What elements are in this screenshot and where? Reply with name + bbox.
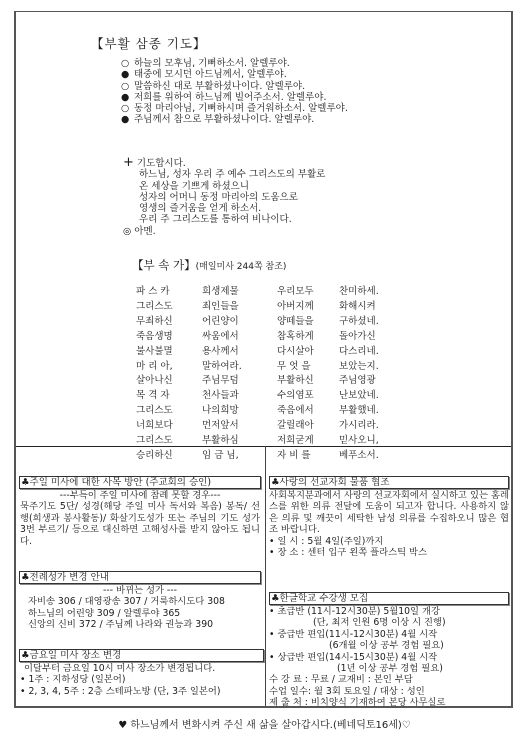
notice-paragraph: 묵주기도 5단/ 성경(해당 주일 미사 독서와 복음) 봉독/ 선행(희생과 … bbox=[20, 501, 260, 547]
amen-line: ◎ 아멘. bbox=[123, 226, 325, 237]
class-note: (단, 최저 인원 6명 이상 시 진행) bbox=[269, 617, 509, 628]
verse-line: ○말씀하신 대로 부활하셨나이다. 알렐루야. bbox=[121, 81, 348, 92]
sequence-row: 죽음생명싸움에서참혹하게돌아가신 bbox=[136, 330, 419, 345]
sequence-title: 【부 속 가】(매일미사 244쪽 참조) bbox=[132, 257, 286, 273]
verse-line: ○하늘의 모후님, 기뻐하소서. 알렐루야. bbox=[121, 58, 348, 69]
prayer-line: 우리 주 그리스도를 통하여 비나이다. bbox=[123, 214, 325, 225]
hymn-line: 하느님의 어린양 309 / 알렐루야 365 bbox=[20, 608, 260, 619]
notice-header-missionaries-of-charity: ♣사랑의 선교자회 물품 협조 bbox=[269, 476, 509, 489]
bulletin-page: 【부활 삼종 기도】 ○하늘의 모후님, 기뻐하소서. 알렐루야. ●태중에 모… bbox=[14, 11, 513, 708]
regina-caeli-verses: ○하늘의 모후님, 기뻐하소서. 알렐루야. ●태중에 모시던 아드님께서, 알… bbox=[121, 58, 348, 126]
notice-item: • 1주 : 지하성당 (일본어) bbox=[20, 674, 260, 685]
prayer-line: 하느님, 성자 우리 주 예수 그리스도의 부활로 bbox=[123, 169, 325, 180]
tuition-line: 수 강 료 : 무료 / 교재비 : 본인 부담 bbox=[269, 674, 509, 685]
notice-body-korean-school: • 초급반 (11시-12시30분) 5월10일 개강 (단, 최저 인원 6명… bbox=[269, 606, 509, 709]
cross-icon: + bbox=[123, 155, 134, 170]
notice-header-hymn-change: ♣전례성가 변경 안내 bbox=[19, 571, 261, 584]
footer-quote: ♥ 하느님께서 변화시켜 주신 새 삶을 살아갑시다.(베네딕토16세)♡ bbox=[0, 716, 529, 731]
sequence-reference-note: (매일미사 244쪽 참조) bbox=[196, 262, 287, 272]
open-circle-icon: ○ bbox=[121, 58, 134, 69]
class-line: • 중급반 편입(11시-12시30분) 4월 시작 bbox=[269, 629, 509, 640]
verse-line: ○동정 마리아님, 기뻐하시며 즐거워하소서. 알렐루야. bbox=[121, 103, 348, 114]
prayer-line: 영생의 즐거움을 얻게 하소서. bbox=[123, 203, 325, 214]
notice-item-date: • 일 시 : 5월 4일(주일)까지 bbox=[269, 536, 509, 547]
sequence-row: 마 리 아,말하여라.무 엇 을보았는지. bbox=[136, 360, 419, 375]
filled-circle-icon: ● bbox=[121, 92, 134, 103]
prayer-intro: +기도합시다. bbox=[123, 157, 325, 169]
sequence-row: 그리스도죄인들을아버지께화해시켜 bbox=[136, 300, 419, 315]
sequence-row: 목 격 자천사들과수의염포난보았네. bbox=[136, 389, 419, 404]
notice-subtitle: --- 바뀌는 성가 --- bbox=[20, 585, 260, 596]
class-note: (1년 이상 공부 경험 필요) bbox=[269, 663, 509, 674]
verse-line: ●저희를 위하여 하느님께 빌어주소서. 알렐루야. bbox=[121, 92, 348, 103]
sequence-row: 불사불멸용사께서다시살아다스리네. bbox=[136, 345, 419, 360]
notices-left-column: ♣주일 미사에 대한 사목 방안 (주교회의 승인) ---부득이 주일 미사에… bbox=[16, 446, 266, 706]
notices-section: ♣주일 미사에 대한 사목 방안 (주교회의 승인) ---부득이 주일 미사에… bbox=[16, 446, 511, 706]
notices-right-column: ♣사랑의 선교자회 물품 협조 사회복지분과에서 사랑의 선교자회에서 실시하고… bbox=[266, 446, 511, 706]
open-circle-icon: ○ bbox=[121, 103, 134, 114]
sequence-row: 살아나신주님무덤부활하신주님영광 bbox=[136, 374, 419, 389]
notice-intro: 이달부터 금요일 10시 미사 장소가 변경됩니다. bbox=[20, 663, 260, 674]
hymn-line: 신앙의 신비 372 / 주님께 나라와 권능과 390 bbox=[20, 619, 260, 630]
notice-header-sunday-mass: ♣주일 미사에 대한 사목 방안 (주교회의 승인) bbox=[19, 476, 261, 489]
schedule-line: 수업 일수: 월 3회 토요일 / 대상 : 성인 bbox=[269, 686, 509, 697]
regina-caeli-title: 【부활 삼종 기도】 bbox=[91, 34, 206, 52]
notice-paragraph: 사회복지분과에서 사랑의 선교자회에서 실시하고 있는 홈레스를 위한 의류 전… bbox=[269, 490, 509, 536]
notice-item-place: • 장 소 : 센터 입구 왼쪽 플라스틱 박스 bbox=[269, 547, 509, 558]
notice-body-friday-mass: 이달부터 금요일 10시 미사 장소가 변경됩니다. • 1주 : 지하성당 (… bbox=[20, 663, 260, 697]
sequence-verses: 파 스 카희생제물우리모두찬미하세. 그리스도죄인들을아버지께화해시켜 무죄하신… bbox=[136, 285, 419, 464]
notice-body-missionaries-of-charity: 사회복지분과에서 사랑의 선교자회에서 실시하고 있는 홈레스를 위한 의류 전… bbox=[269, 490, 509, 558]
class-line: • 초급반 (11시-12시30분) 5월10일 개강 bbox=[269, 606, 509, 617]
sequence-row: 무죄하신어린양이양떼들을구하셨네. bbox=[136, 315, 419, 330]
sequence-row: 파 스 카희생제물우리모두찬미하세. bbox=[136, 285, 419, 300]
verse-line: ●태중에 모시던 아드님께서, 알렐루야. bbox=[121, 69, 348, 80]
submission-line: 제 출 처 : 비치양식 기재하여 본당 사무실로 bbox=[269, 697, 509, 708]
prayer-section: 【부활 삼종 기도】 ○하늘의 모후님, 기뻐하소서. 알렐루야. ●태중에 모… bbox=[16, 12, 511, 447]
notice-header-korean-school: ♣한글학교 수강생 모집 bbox=[269, 592, 509, 605]
hymn-line: 자비송 306 / 대영광송 307 / 거룩하시도다 308 bbox=[20, 596, 260, 607]
filled-circle-icon: ● bbox=[121, 114, 134, 125]
notice-item: • 2, 3, 4, 5주 : 2층 스테파노방 (단, 3주 일본어) bbox=[20, 686, 260, 697]
closing-prayer: +기도합시다. 하느님, 성자 우리 주 예수 그리스도의 부활로 온 세상을 … bbox=[123, 157, 325, 237]
prayer-line: 성자의 어머니 동정 마리아의 도움으로 bbox=[123, 192, 325, 203]
filled-circle-icon: ● bbox=[121, 69, 134, 80]
notice-header-friday-mass: ♣금요일 미사 장소 변경 bbox=[19, 649, 264, 662]
class-line: • 상급반 편입(14시-15시30분) 4월 시작 bbox=[269, 652, 509, 663]
prayer-line: 온 세상을 기쁘게 하셨으니 bbox=[123, 181, 325, 192]
verse-line: ●주님께서 참으로 부활하셨나이다. 알렐루야. bbox=[121, 114, 348, 125]
sequence-row: 그리스도나의희망죽음에서부활했네. bbox=[136, 404, 419, 419]
notice-body-hymn-change: --- 바뀌는 성가 --- 자비송 306 / 대영광송 307 / 거룩하시… bbox=[20, 585, 260, 631]
open-circle-icon: ○ bbox=[121, 81, 134, 92]
class-note: (6개월 이상 공부 경험 필요) bbox=[269, 640, 509, 651]
sequence-row: 너희보다먼저앞서갈릴래아가시리라. bbox=[136, 419, 419, 434]
notice-subtitle: ---부득이 주일 미사에 참례 못할 경우--- bbox=[20, 490, 260, 501]
notice-body-sunday-mass: ---부득이 주일 미사에 참례 못할 경우--- 묵주기도 5단/ 성경(해당… bbox=[20, 490, 260, 547]
